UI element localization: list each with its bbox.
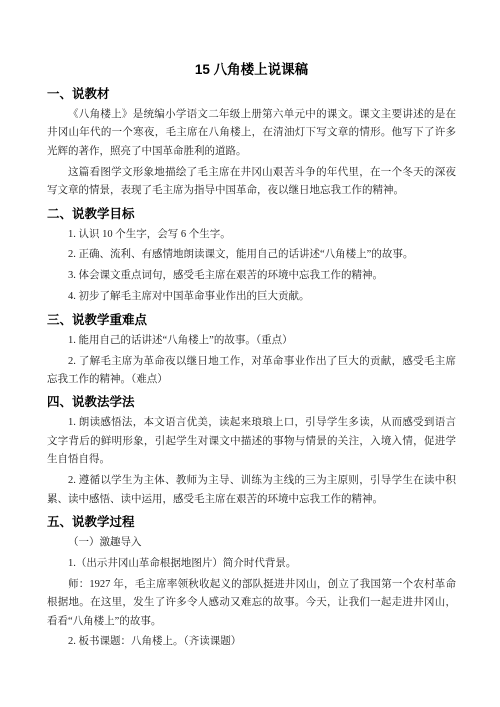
paragraph: 这篇看图学文形象地描绘了毛主席在井冈山艰苦斗争的年代里，在一个冬天的深夜写文章的… — [47, 164, 456, 201]
numbered-item: 1. 认识 10 个生字，会写 6 个生字。 — [47, 226, 456, 244]
numbered-item: 1.（出示井冈山革命根据地图片）简介时代背景。 — [47, 555, 456, 573]
section-heading-teaching-material: 一、说教材 — [47, 84, 456, 104]
section-teaching-process: 五、说教学过程 （一）激趣导入 1.（出示井冈山革命根据地图片）简介时代背景。 … — [47, 512, 456, 652]
numbered-item: 2. 遵循以学生为主体、教师为主导、训练为主线的三为主原则，引导学生在读中积累、… — [47, 472, 456, 509]
section-heading-teaching-process: 五、说教学过程 — [47, 512, 456, 532]
page-title: 15 八角楼上说课稿 — [47, 60, 456, 80]
paragraph: 《八角楼上》是统编小学语文二年级上册第六单元中的课文。课文主要讲述的是在井冈山年… — [47, 106, 456, 161]
section-key-difficult-points: 三、说教学重难点 1. 能用自己的话讲述“八角楼上”的故事。（重点） 2. 了解… — [47, 310, 456, 390]
numbered-item: 3. 体会课文重点词句，感受毛主席在艰苦的环境中忘我工作的精神。 — [47, 267, 456, 285]
section-teaching-objectives: 二、说教学目标 1. 认识 10 个生字，会写 6 个生字。 2. 正确、流利、… — [47, 204, 456, 307]
section-teaching-material: 一、说教材 《八角楼上》是统编小学语文二年级上册第六单元中的课文。课文主要讲述的… — [47, 84, 456, 201]
section-heading-key-difficult-points: 三、说教学重难点 — [47, 310, 456, 330]
section-heading-teaching-objectives: 二、说教学目标 — [47, 204, 456, 224]
document-page: 15 八角楼上说课稿 一、说教材 《八角楼上》是统编小学语文二年级上册第六单元中… — [0, 0, 500, 707]
section-heading-teaching-methods: 四、说教法学法 — [47, 392, 456, 412]
numbered-item: 4. 初步了解毛主席对中国革命事业作出的巨大贡献。 — [47, 288, 456, 306]
paragraph: 师：1927 年，毛主席率领秋收起义的部队挺进井冈山，创立了我国第一个农村革命根… — [47, 576, 456, 631]
numbered-item: 2. 正确、流利、有感情地朗读课文，能用自己的话讲述“八角楼上”的故事。 — [47, 246, 456, 264]
subsection-label: （一）激趣导入 — [47, 534, 456, 552]
numbered-item: 1. 能用自己的话讲述“八角楼上”的故事。（重点） — [47, 332, 456, 350]
numbered-item: 1. 朗读感悟法，本文语言优美，读起来琅琅上口，引导学生多读，从而感受到语言文字… — [47, 414, 456, 469]
section-teaching-methods: 四、说教法学法 1. 朗读感悟法，本文语言优美，读起来琅琅上口，引导学生多读，从… — [47, 392, 456, 509]
numbered-item: 2. 板书课题：八角楼上。（齐读课题） — [47, 633, 456, 651]
numbered-item: 2. 了解毛主席为革命夜以继日地工作，对革命事业作出了巨大的贡献，感受毛主席忘我… — [47, 353, 456, 390]
